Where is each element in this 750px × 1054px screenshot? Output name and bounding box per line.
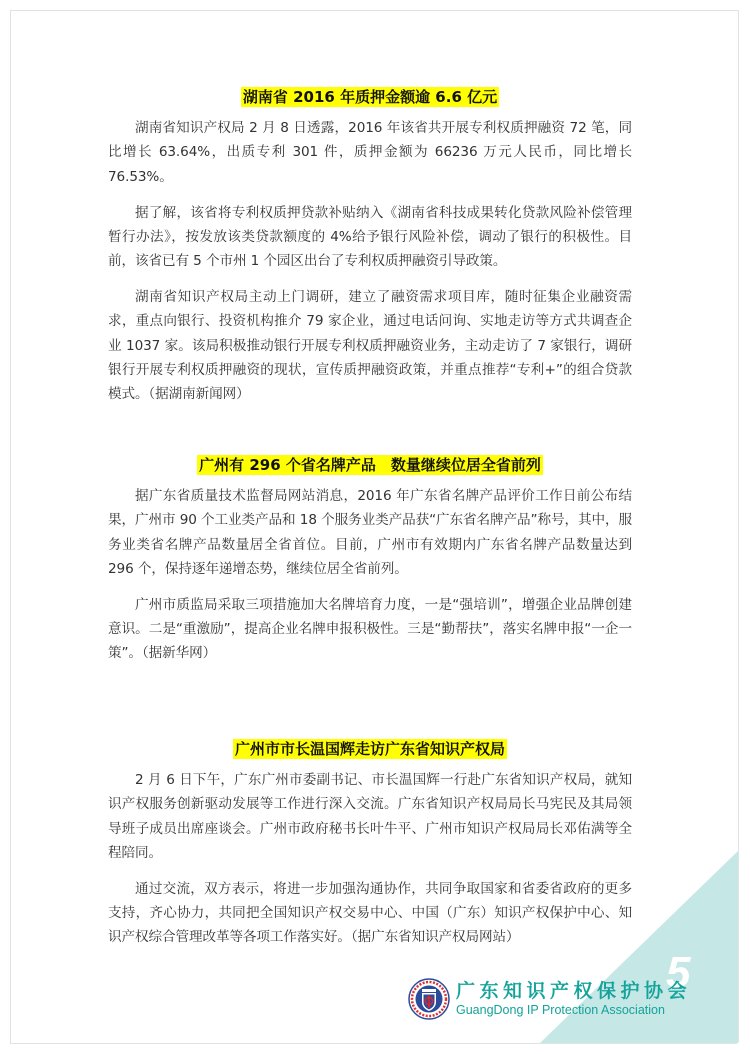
article-hunan-pledge: 湖南省 2016 年质押金额逾 6.6 亿元 湖南省知识产权局 2 月 8 日透… bbox=[108, 86, 632, 418]
article-title: 广州有 296 个省名牌产品 数量继续位居全省前列 bbox=[108, 454, 632, 476]
article-paragraph: 据了解，该省将专利权质押贷款补贴纳入《湖南省科技成果转化贷款风险补偿管理暂行办法… bbox=[108, 201, 632, 274]
org-name-en: GuangDong IP Protection Association bbox=[456, 1002, 691, 1018]
article-paragraph: 通过交流，双方表示，将进一步加强沟通协作，共同争取国家和省委省政府的更多支持，齐… bbox=[108, 877, 632, 950]
title-highlight: 广州有 296 个省名牌产品 数量继续位居全省前列 bbox=[197, 455, 543, 475]
article-guangzhou-brands: 广州有 296 个省名牌产品 数量继续位居全省前列 据广东省质量技术监督局网站消… bbox=[108, 454, 632, 677]
article-title: 广州市市长温国辉走访广东省知识产权局 bbox=[108, 738, 632, 760]
article-title: 湖南省 2016 年质押金额逾 6.6 亿元 bbox=[108, 86, 632, 108]
article-paragraph: 2 月 6 日下午，广东广州市委副书记、市长温国辉一行赴广东省知识产权局，就知识… bbox=[108, 768, 632, 865]
association-emblem-icon bbox=[408, 978, 450, 1020]
footer-logo: 广东知识产权保护协会 GuangDong IP Protection Assoc… bbox=[408, 978, 691, 1020]
article-paragraph: 湖南省知识产权局 2 月 8 日透露，2016 年该省共开展专利权质押融资 72… bbox=[108, 116, 632, 189]
title-highlight: 湖南省 2016 年质押金额逾 6.6 亿元 bbox=[241, 87, 499, 107]
article-paragraph: 据广东省质量技术监督局网站消息，2016 年广东省名牌产品评价工作日前公布结果，… bbox=[108, 484, 632, 581]
article-paragraph: 湖南省知识产权局主动上门调研，建立了融资需求项目库，随时征集企业融资需求，重点向… bbox=[108, 285, 632, 406]
article-paragraph: 广州市质监局采取三项措施加大名牌培育力度，一是“强培训”，增强企业品牌创建意识。… bbox=[108, 593, 632, 666]
org-name-cn: 广东知识产权保护协会 bbox=[456, 980, 691, 1002]
article-mayor-visit: 广州市市长温国辉走访广东省知识产权局 2 月 6 日下午，广东广州市委副书记、市… bbox=[108, 738, 632, 961]
title-highlight: 广州市市长温国辉走访广东省知识产权局 bbox=[233, 739, 507, 759]
org-name: 广东知识产权保护协会 GuangDong IP Protection Assoc… bbox=[456, 980, 691, 1018]
